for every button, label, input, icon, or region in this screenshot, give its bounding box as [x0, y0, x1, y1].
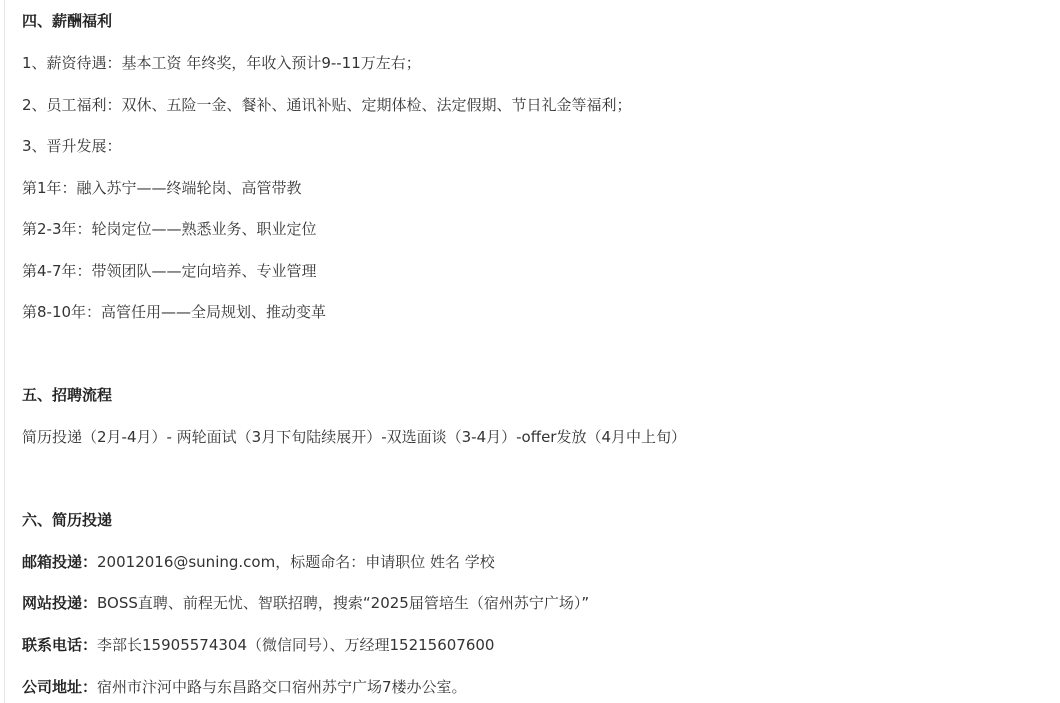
section-title-process: 五、招聘流程	[22, 385, 112, 405]
section-title-benefits: 四、薪酬福利	[22, 11, 112, 31]
submission-website-row: 网站投递：BOSS直聘、前程无忧、智联招聘，搜索“2025届管培生（宿州苏宁广场…	[22, 593, 589, 613]
benefit-item-promotion: 3、晋升发展：	[22, 136, 122, 156]
career-path-year-1: 第1年：融入苏宁——终端轮岗、高管带教	[22, 178, 302, 198]
submission-email-value: 20012016@suning.com，标题命名：申请职位 姓名 学校	[97, 553, 495, 571]
submission-phone-label: 联系电话：	[22, 636, 97, 654]
submission-address-label: 公司地址：	[22, 678, 97, 696]
career-path-year-8-10: 第8-10年：高管任用——全局规划、推动变革	[22, 302, 326, 322]
submission-email-row: 邮箱投递：20012016@suning.com，标题命名：申请职位 姓名 学校	[22, 552, 495, 572]
benefit-item-salary: 1、薪资待遇：基本工资 年终奖，年收入预计9--11万左右；	[22, 53, 421, 73]
submission-phone-row: 联系电话：李部长15905574304（微信同号）、万经理15215607600	[22, 635, 494, 655]
process-timeline: 简历投递（2月-4月）- 两轮面试（3月下旬陆续展开）-双选面谈（3-4月）-o…	[22, 427, 686, 447]
job-posting-document: 四、薪酬福利 1、薪资待遇：基本工资 年终奖，年收入预计9--11万左右； 2、…	[4, 0, 1060, 703]
submission-phone-value: 李部长15905574304（微信同号）、万经理15215607600	[97, 636, 494, 654]
career-path-year-2-3: 第2-3年：轮岗定位——熟悉业务、职业定位	[22, 219, 317, 239]
submission-website-label: 网站投递：	[22, 594, 97, 612]
section-title-submission: 六、简历投递	[22, 510, 112, 530]
benefit-item-welfare: 2、员工福利：双休、五险一金、餐补、通讯补贴、定期体检、法定假期、节日礼金等福利…	[22, 95, 632, 115]
submission-address-value: 宿州市汴河中路与东昌路交口宿州苏宁广场7楼办公室。	[97, 678, 467, 696]
submission-email-label: 邮箱投递：	[22, 553, 97, 571]
submission-website-value: BOSS直聘、前程无忧、智联招聘，搜索“2025届管培生（宿州苏宁广场）”	[97, 594, 589, 612]
career-path-year-4-7: 第4-7年：带领团队——定向培养、专业管理	[22, 261, 317, 281]
submission-address-row: 公司地址：宿州市汴河中路与东昌路交口宿州苏宁广场7楼办公室。	[22, 677, 467, 697]
